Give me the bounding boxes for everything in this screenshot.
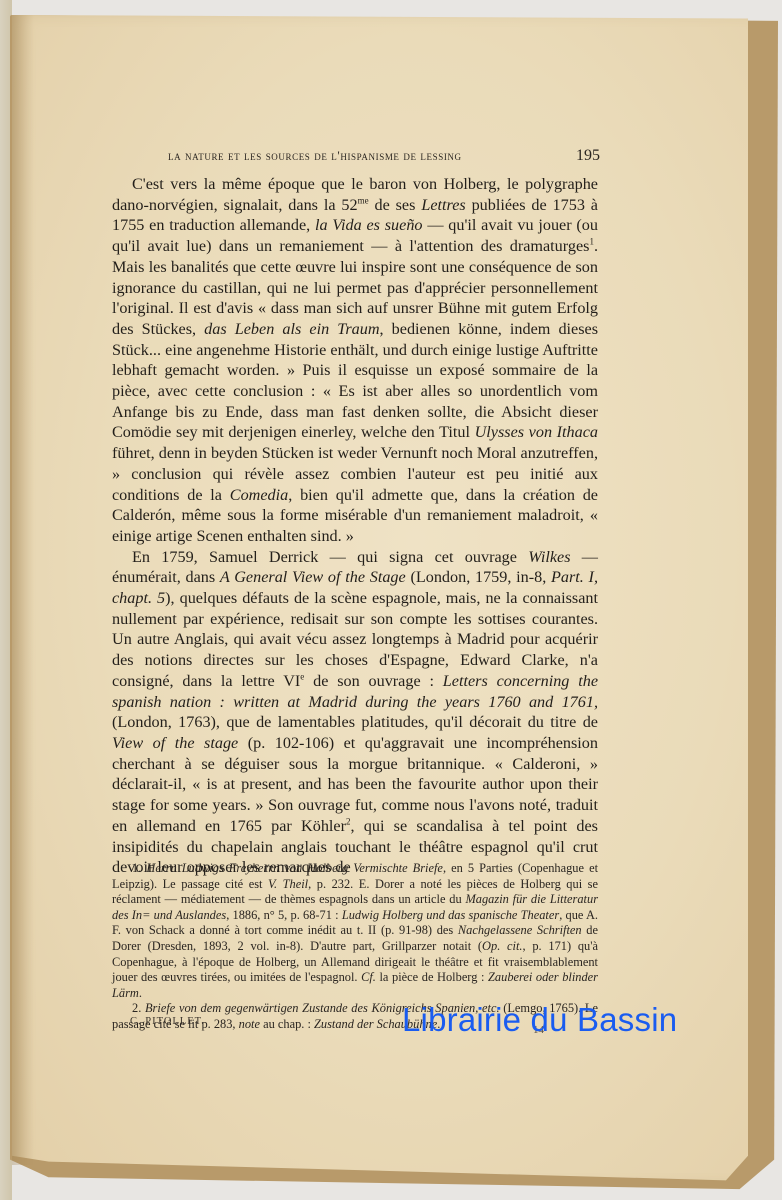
running-title: La nature et les sources de l'hispanisme…	[168, 148, 462, 164]
italic-title: Cf.	[361, 970, 376, 984]
running-head: La nature et les sources de l'hispanisme…	[168, 147, 600, 165]
italic-title: Comedia	[230, 486, 288, 504]
body-text: C'est vers la même époque que le baron v…	[112, 174, 598, 878]
text-segment: la pièce de Holberg :	[376, 970, 488, 984]
ordinal-superscript: me	[358, 195, 369, 205]
italic-title: note	[239, 1017, 260, 1031]
text-segment: de son ouvrage :	[304, 672, 443, 690]
italic-title: V. Theil	[268, 877, 308, 891]
text-segment: de ses	[369, 196, 422, 214]
paragraph-holberg: C'est vers la même époque que le baron v…	[112, 174, 598, 547]
italic-title: Nachgelassene Schriften	[458, 923, 582, 937]
text-segment: (London, 1763), que de lamentables plati…	[112, 713, 598, 731]
italic-title: das Leben als ein Traum	[204, 320, 379, 338]
text-segment: (London, 1759, in-8,	[406, 568, 551, 586]
text-segment: au chap. :	[260, 1017, 314, 1031]
italic-title: A General View of the Stage	[220, 568, 406, 586]
italic-title: View of the stage	[112, 734, 238, 752]
footnote-1: 1. Herrn Ludwigs Freyherrn von Holberg V…	[112, 861, 598, 1001]
italic-title: Wilkes	[528, 548, 570, 566]
page-number: 195	[576, 147, 600, 165]
text-segment: En 1759, Samuel Derrick — qui signa cet …	[132, 548, 528, 566]
paragraph-derrick: En 1759, Samuel Derrick — qui signa cet …	[112, 547, 598, 878]
watermark: Librairie du Bassin	[402, 1001, 677, 1039]
footnote-number: 1.	[132, 861, 146, 875]
italic-title: Ludwig Holberg und das spanische Theater	[342, 908, 559, 922]
text-segment: , 1886, n° 5, p. 68-71 :	[226, 908, 342, 922]
footnote-number: 2.	[132, 1001, 145, 1015]
italic-title: Herrn Ludwigs Freyherrn von Holberg Verm…	[146, 861, 443, 875]
author-signature: C. PITOLLET.	[130, 1016, 205, 1027]
italic-title: Lettres	[421, 196, 465, 214]
italic-title: Op. cit.	[482, 939, 522, 953]
text-segment: .	[139, 986, 142, 1000]
italic-title: la Vida es sueño	[315, 216, 423, 234]
italic-title: Ulysses von Ithaca	[475, 423, 598, 441]
